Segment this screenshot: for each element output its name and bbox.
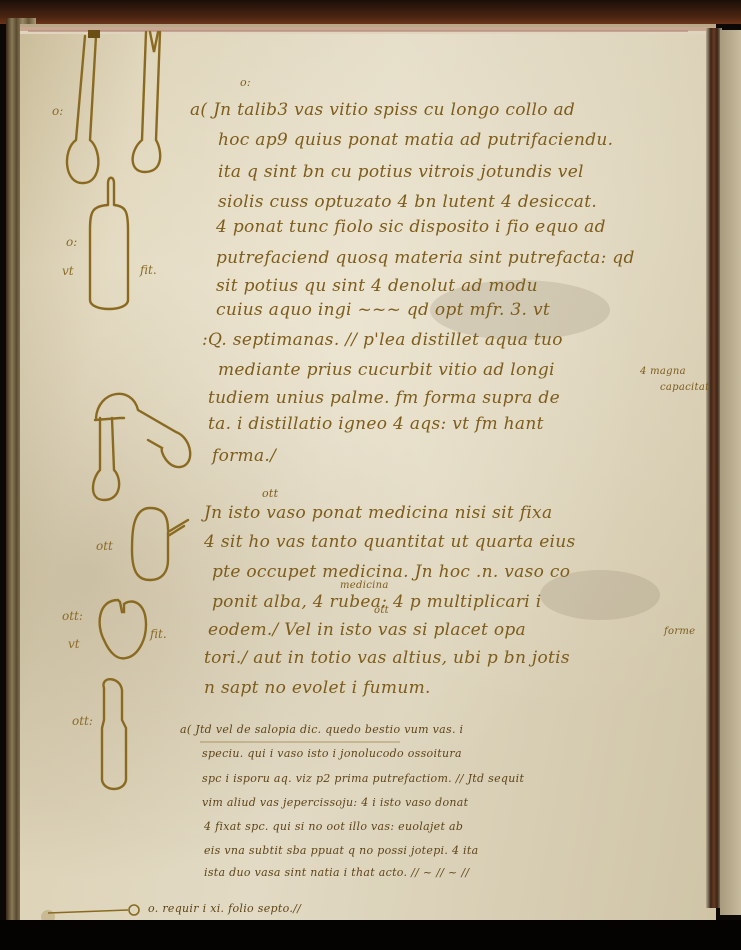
interlinear-gloss: medicina — [340, 580, 389, 591]
text-line: spc i isporu aq. viz p2 prima putrefacti… — [202, 772, 524, 785]
footer-note: o. requir i xi. folio septo.// — [148, 902, 301, 915]
interlinear-gloss: 4 magna — [640, 366, 686, 377]
text-line: a( Jtd vel de salopia dic. quedo bestio … — [180, 723, 463, 736]
text-line: n sapt no evolet i fumum. — [204, 678, 431, 698]
text-line: forma./ — [212, 446, 276, 466]
margin-label: vt — [68, 637, 80, 651]
text-line: Jn isto vaso ponat medicina nisi sit fix… — [204, 503, 552, 523]
interlinear-gloss: forme — [664, 626, 695, 637]
margin-label: ott — [96, 539, 113, 553]
text-line: 4 sit ho vas tanto quantitat ut quarta e… — [204, 532, 576, 552]
text-line: siolis cuss optuzato 4 bn lutent 4 desic… — [218, 192, 597, 212]
bottom-shadow — [0, 920, 741, 950]
text-line: ista duo vasa sint natia i that acto. //… — [204, 866, 469, 879]
text-line: eodem./ Vel in isto vas si placet opa — [208, 620, 526, 640]
text-line: speciu. qui i vaso isto i jonolucodo oss… — [202, 747, 462, 760]
text-line: putrefaciend quosq materia sint putrefac… — [216, 248, 635, 268]
margin-label: fit. — [140, 263, 157, 277]
manuscript-text: o: a( Jn talib3 vas vitio spiss cu longo… — [0, 0, 741, 950]
text-line: ta. i distillatio igneo 4 aqs: vt fm han… — [208, 414, 544, 434]
text-line: tudiem unius palme. fm forma supra de — [208, 388, 560, 408]
header-mark: o: — [240, 76, 251, 89]
margin-label: ott: — [62, 609, 83, 623]
text-line: :Q. septimanas. // p'lea distillet aqua … — [202, 330, 563, 350]
text-line: 4 fixat spc. qui si no oot illo vas: euo… — [204, 820, 463, 833]
text-line: sit potius qu sint 4 denolut ad modu — [216, 276, 538, 296]
interlinear-gloss: capacitat — [660, 382, 709, 393]
text-line: pte occupet medicina. Jn hoc .n. vaso co — [212, 562, 570, 582]
text-line: eis vna subtit sba ppuat q no possi jote… — [204, 844, 478, 857]
margin-label: o: — [52, 104, 63, 118]
margin-label: ott: — [72, 714, 93, 728]
interlinear-gloss: ott — [374, 605, 389, 616]
text-line: ita q sint bn cu potius vitrois jotundis… — [218, 162, 584, 182]
text-line: tori./ aut in totio vas altius, ubi p bn… — [204, 648, 570, 668]
text-line: 4 ponat tunc fiolo sic disposito i fio e… — [216, 217, 606, 237]
text-line: vim aliud vas jepercissoju: 4 i isto vas… — [202, 796, 468, 809]
text-line: a( Jn talib3 vas vitio spiss cu longo co… — [190, 100, 575, 120]
margin-label: o: — [66, 235, 77, 249]
text-line: hoc ap9 quius ponat matia ad putrifacien… — [218, 130, 613, 150]
superscript-mark: ott — [262, 487, 278, 500]
text-line: cuius aquo ingi ~~~ qd opt mfr. 3. vt — [216, 300, 550, 320]
margin-label: fit. — [150, 627, 167, 641]
text-line: mediante prius cucurbit vitio ad longi — [218, 360, 555, 380]
margin-label: vt — [62, 264, 74, 278]
